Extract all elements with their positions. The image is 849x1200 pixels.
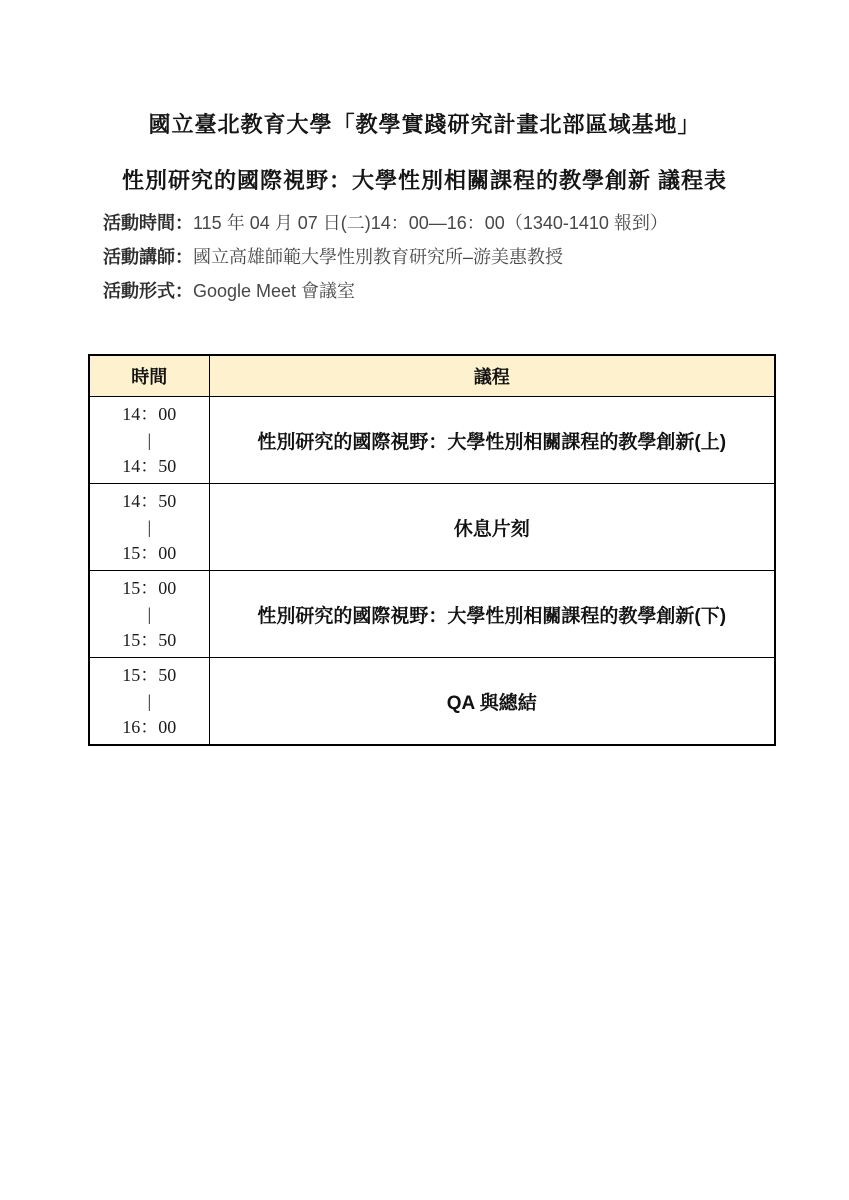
event-speaker-value: 國立高雄師範大學性別教育研究所–游美惠教授 (193, 247, 563, 267)
time-start: 15：50 (90, 662, 209, 688)
agenda-time-cell: 15：00 | 15：50 (89, 571, 209, 658)
label-colon: ： (175, 213, 193, 233)
event-format-value: Google Meet 會議室 (193, 281, 355, 301)
time-end: 15：00 (90, 540, 209, 566)
agenda-row: 14：50 | 15：00 休息片刻 (89, 484, 775, 571)
agenda-row: 15：50 | 16：00 QA 與總結 (89, 658, 775, 746)
event-speaker-row: 活動講師：國立高雄師範大學性別教育研究所–游美惠教授 (103, 240, 849, 274)
agenda-topic-cell: 休息片刻 (209, 484, 775, 571)
time-end: 16：00 (90, 714, 209, 740)
event-info-block: 活動時間：115 年 04 月 07 日(二)14：00—16：00（1340-… (103, 206, 849, 308)
document-page: 國立臺北教育大學「教學實踐研究計畫北部區域基地」 性別研究的國際視野：大學性別相… (0, 0, 849, 1200)
agenda-header-row: 時間 議程 (89, 355, 775, 397)
time-divider: | (90, 601, 209, 627)
document-title: 國立臺北教育大學「教學實踐研究計畫北部區域基地」 (0, 0, 849, 140)
agenda-topic-cell: QA 與總結 (209, 658, 775, 746)
time-start: 14：50 (90, 488, 209, 514)
event-time-label: 活動時間 (103, 213, 175, 233)
agenda-time-cell: 14：50 | 15：00 (89, 484, 209, 571)
agenda-table: 時間 議程 14：00 | 14：50 性別研究的國際視野：大學性別相關課程的教… (88, 354, 776, 746)
agenda-time-cell: 15：50 | 16：00 (89, 658, 209, 746)
time-divider: | (90, 427, 209, 453)
agenda-row: 15：00 | 15：50 性別研究的國際視野：大學性別相關課程的教學創新(下) (89, 571, 775, 658)
document-subtitle: 性別研究的國際視野：大學性別相關課程的教學創新 議程表 (0, 166, 849, 196)
label-colon: ： (175, 281, 193, 301)
time-start: 14：00 (90, 401, 209, 427)
event-format-row: 活動形式：Google Meet 會議室 (103, 274, 849, 308)
event-time-value: 115 年 04 月 07 日(二)14：00—16：00（1340-1410 … (193, 213, 668, 233)
event-speaker-label: 活動講師 (103, 247, 175, 267)
label-colon: ： (175, 247, 193, 267)
event-time-row: 活動時間：115 年 04 月 07 日(二)14：00—16：00（1340-… (103, 206, 849, 240)
time-end: 14：50 (90, 453, 209, 479)
time-end: 15：50 (90, 627, 209, 653)
agenda-header-time: 時間 (89, 355, 209, 397)
time-divider: | (90, 514, 209, 540)
event-format-label: 活動形式 (103, 281, 175, 301)
agenda-time-cell: 14：00 | 14：50 (89, 397, 209, 484)
time-divider: | (90, 688, 209, 714)
time-start: 15：00 (90, 575, 209, 601)
agenda-header-topic: 議程 (209, 355, 775, 397)
agenda-topic-cell: 性別研究的國際視野：大學性別相關課程的教學創新(下) (209, 571, 775, 658)
agenda-row: 14：00 | 14：50 性別研究的國際視野：大學性別相關課程的教學創新(上) (89, 397, 775, 484)
agenda-topic-cell: 性別研究的國際視野：大學性別相關課程的教學創新(上) (209, 397, 775, 484)
